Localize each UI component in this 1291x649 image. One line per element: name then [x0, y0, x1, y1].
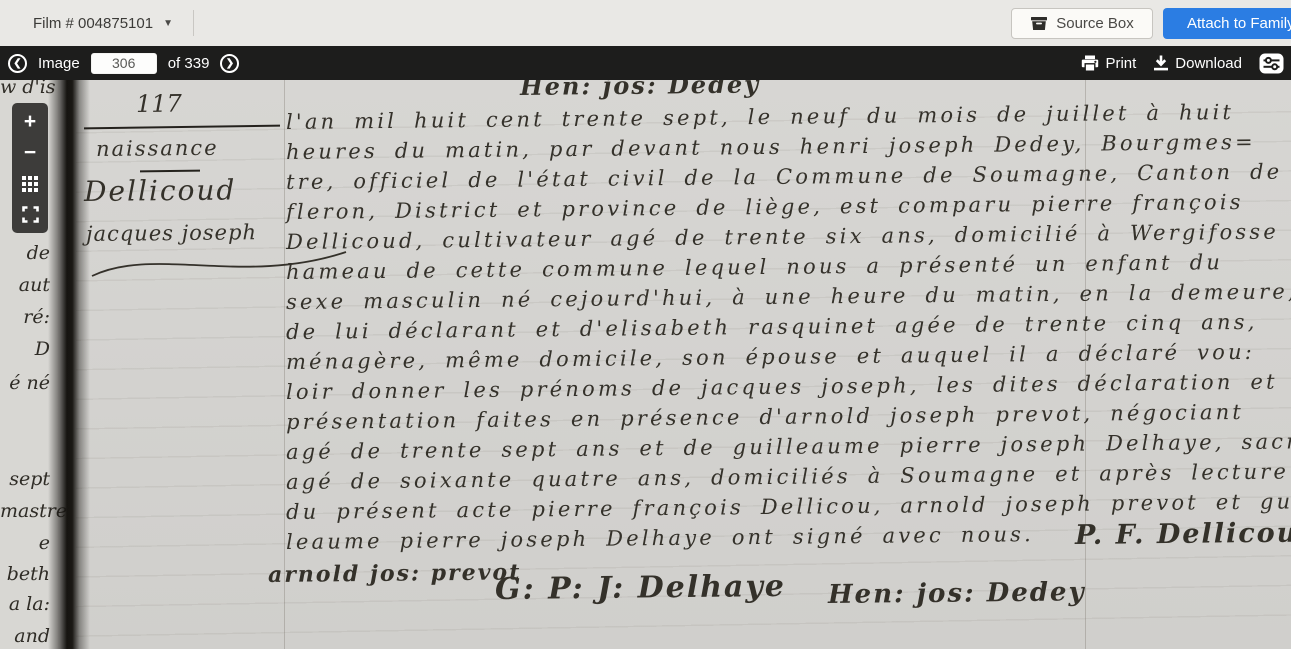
chevron-down-icon: ▼	[163, 18, 173, 29]
fullscreen-icon	[22, 206, 39, 223]
source-box-label: Source Box	[1056, 15, 1134, 32]
image-label: Image	[38, 55, 80, 72]
edge-fragment: and	[0, 625, 50, 647]
next-image-button[interactable]: ❯	[220, 54, 239, 73]
previous-act-signature: Hen: jos: Dedey	[520, 80, 760, 101]
edge-fragment: e	[0, 532, 50, 554]
minus-icon: −	[24, 142, 36, 163]
document-image-canvas[interactable]: w d'is de aut ré: D é né sept mastre, e …	[0, 80, 1291, 649]
download-icon	[1153, 55, 1169, 71]
margin-surname: Dellicoud	[84, 173, 237, 208]
image-actions: Print Download	[1081, 46, 1284, 80]
download-label: Download	[1175, 55, 1242, 72]
source-box-button[interactable]: Source Box	[1011, 8, 1153, 39]
thumbnail-grid-button[interactable]	[12, 168, 48, 199]
viewer-toolbar: + −	[12, 103, 48, 233]
header-divider	[193, 10, 194, 36]
grid-icon	[22, 176, 38, 192]
edge-fragment: w d'is	[0, 80, 50, 98]
edge-fragment: aut	[0, 274, 50, 296]
zoom-in-button[interactable]: +	[12, 106, 48, 137]
film-number-label: Film # 004875101	[33, 15, 153, 32]
signature-delhaye: G: P: J: Delhaye	[495, 569, 786, 607]
print-label: Print	[1105, 55, 1136, 72]
source-box-icon	[1030, 16, 1048, 31]
image-adjustments-button[interactable]	[1259, 53, 1284, 74]
signature-dedey: Hen: jos: Dedey	[828, 577, 1086, 610]
edge-fragment: mastre,	[0, 500, 50, 522]
film-selector-dropdown[interactable]: Film # 004875101 ▼	[33, 0, 173, 46]
edge-fragment: D	[0, 338, 50, 360]
download-button[interactable]: Download	[1153, 55, 1242, 72]
attach-to-family-button[interactable]: Attach to Family	[1163, 8, 1291, 39]
print-button[interactable]: Print	[1081, 55, 1136, 72]
image-total-label: of 339	[168, 55, 210, 72]
chevron-right-icon: ❯	[226, 58, 234, 69]
edge-fragment: de	[0, 242, 50, 264]
margin-event-label: naissance	[96, 136, 219, 161]
plus-icon: +	[24, 111, 36, 132]
edge-fragment: ré:	[0, 306, 50, 328]
sliders-icon	[1259, 53, 1284, 74]
edge-fragment: a la:	[0, 593, 50, 615]
zoom-out-button[interactable]: −	[12, 137, 48, 168]
edge-fragment: sept	[0, 468, 50, 490]
fullscreen-button[interactable]	[12, 199, 48, 230]
signature-prevot: arnold jos: prevot	[268, 559, 522, 588]
app-header: Film # 004875101 ▼ Source Box Attach to …	[0, 0, 1291, 46]
image-nav-bar: ❮ Image of 339 ❯ Print	[0, 46, 1291, 80]
previous-image-button[interactable]: ❮	[8, 54, 27, 73]
image-pager: ❮ Image of 339 ❯	[8, 46, 239, 80]
chevron-left-icon: ❮	[13, 58, 21, 69]
edge-fragment: é né	[0, 372, 50, 394]
image-number-input[interactable]	[91, 53, 157, 74]
edge-fragment: beth	[0, 563, 50, 585]
signature-dellicour: P. F. Dellicour	[1075, 517, 1291, 551]
book-gutter	[48, 80, 90, 649]
attach-to-family-label: Attach to Family	[1187, 15, 1291, 32]
margin-record-number: 117	[136, 90, 182, 118]
print-icon	[1081, 55, 1099, 72]
